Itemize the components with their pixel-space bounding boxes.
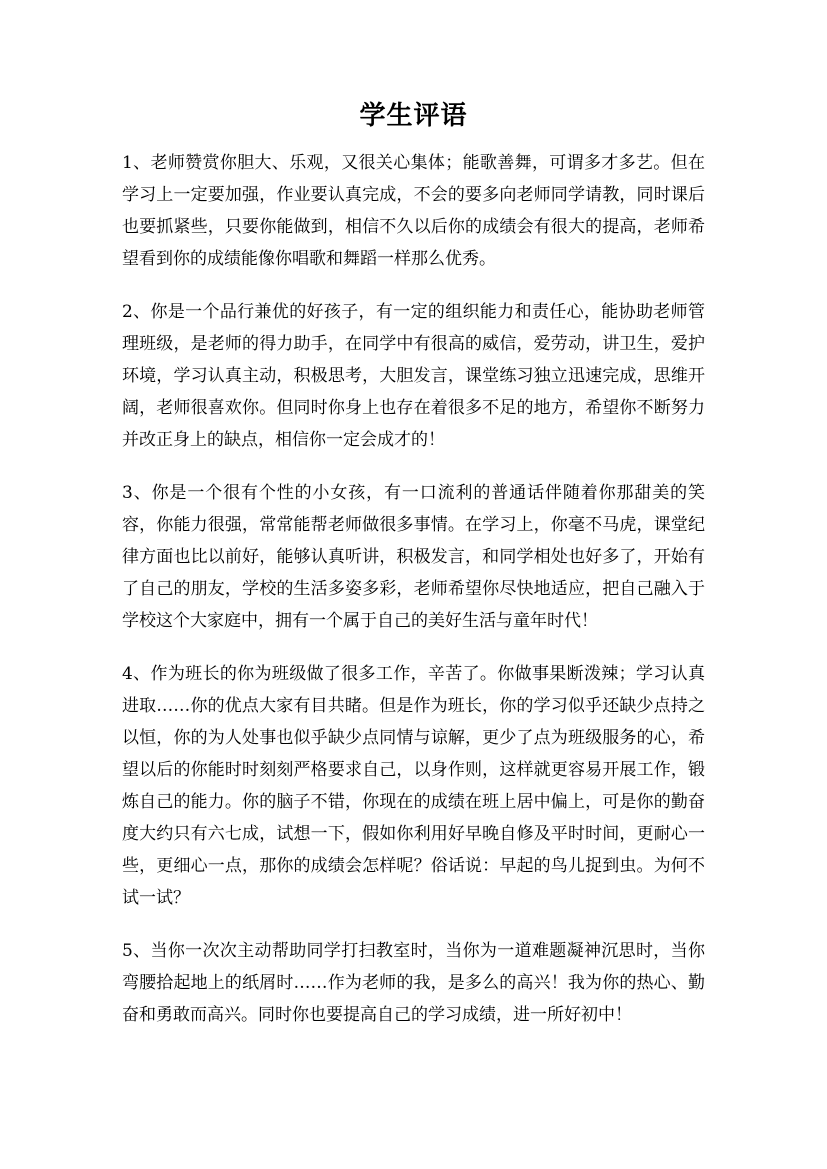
- document-title: 学生评语: [122, 99, 705, 133]
- comment-paragraph-3: 3、你是一个很有个性的小女孩，有一口流利的普通话伴随着你那甜美的笑容，你能力很强…: [122, 477, 705, 637]
- comment-paragraph-5: 5、当你一次次主动帮助同学打扫教室时，当你为一道难题凝神沉思时，当你弯腰拾起地上…: [122, 935, 705, 1031]
- document-page: 学生评语 1、老师赞赏你胆大、乐观，又很关心集体；能歌善舞，可谓多才多艺。但在学…: [0, 0, 827, 1169]
- comment-paragraph-1: 1、老师赞赏你胆大、乐观，又很关心集体；能歌善舞，可谓多才多艺。但在学习上一定要…: [122, 147, 705, 275]
- comment-paragraph-4: 4、作为班长的你为班级做了很多工作，辛苦了。你做事果断泼辣；学习认真进取……你的…: [122, 658, 705, 914]
- document-content: 学生评语 1、老师赞赏你胆大、乐观，又很关心集体；能歌善舞，可谓多才多艺。但在学…: [0, 0, 827, 1031]
- comment-paragraph-2: 2、你是一个品行兼优的好孩子，有一定的组织能力和责任心，能协助老师管理班级，是老…: [122, 296, 705, 456]
